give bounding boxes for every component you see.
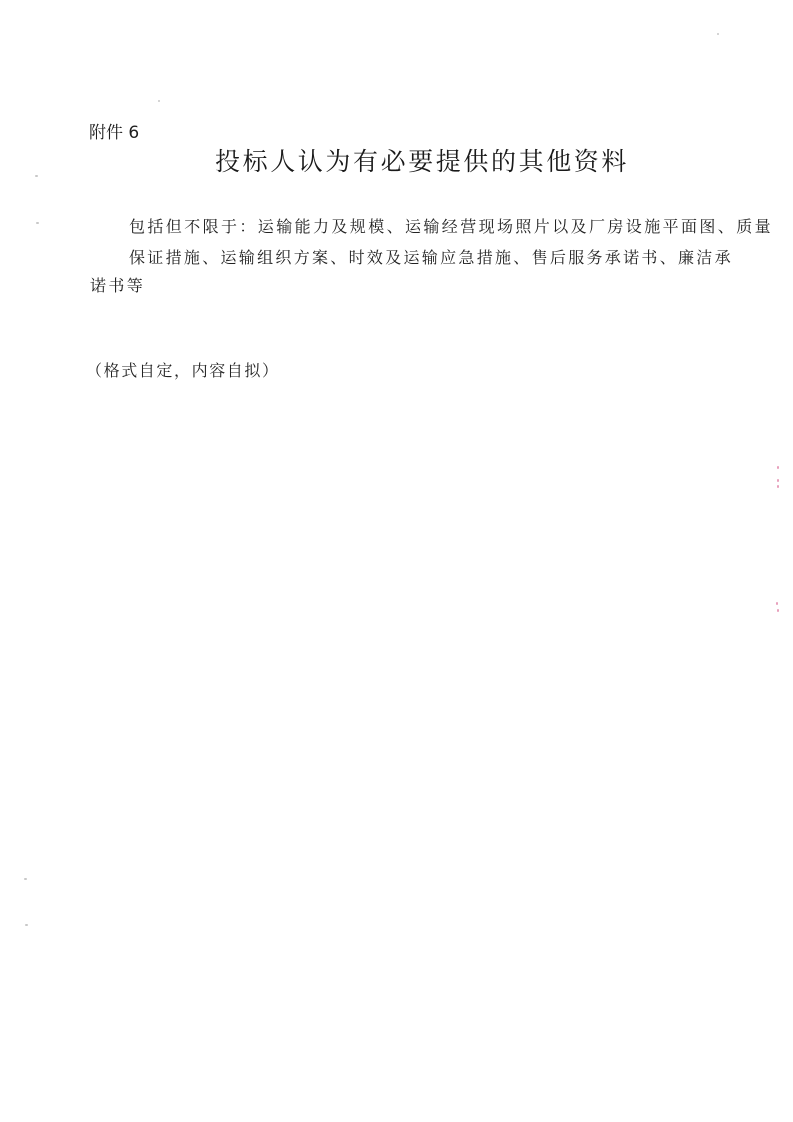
scan-speck [25,924,28,926]
body-line-2: 保证措施、运输组织方案、时效及运输应急措施、售后服务承诺书、廉洁承 [129,247,733,269]
scan-speck [777,485,779,488]
scan-speck [717,33,719,35]
attachment-label: 附件 6 [89,121,139,145]
scan-speck [777,466,779,469]
body-line-1: 包括但不限于：运输能力及规模、运输经营现场照片以及厂房设施平面图、质量 [129,216,773,238]
scan-speck [777,479,779,482]
body-line-3: 诺书等 [90,275,145,297]
format-note: （格式自定，内容自拟） [86,360,280,382]
document-page: 附件 6 投标人认为有必要提供的其他资料 包括但不限于：运输能力及规模、运输经营… [0,0,793,1122]
scan-speck [35,175,38,177]
scan-speck [776,602,778,605]
scan-speck [158,100,160,102]
scan-speck [36,222,39,224]
document-title: 投标人认为有必要提供的其他资料 [215,146,580,178]
scan-speck [24,878,27,880]
scan-speck [777,609,779,612]
